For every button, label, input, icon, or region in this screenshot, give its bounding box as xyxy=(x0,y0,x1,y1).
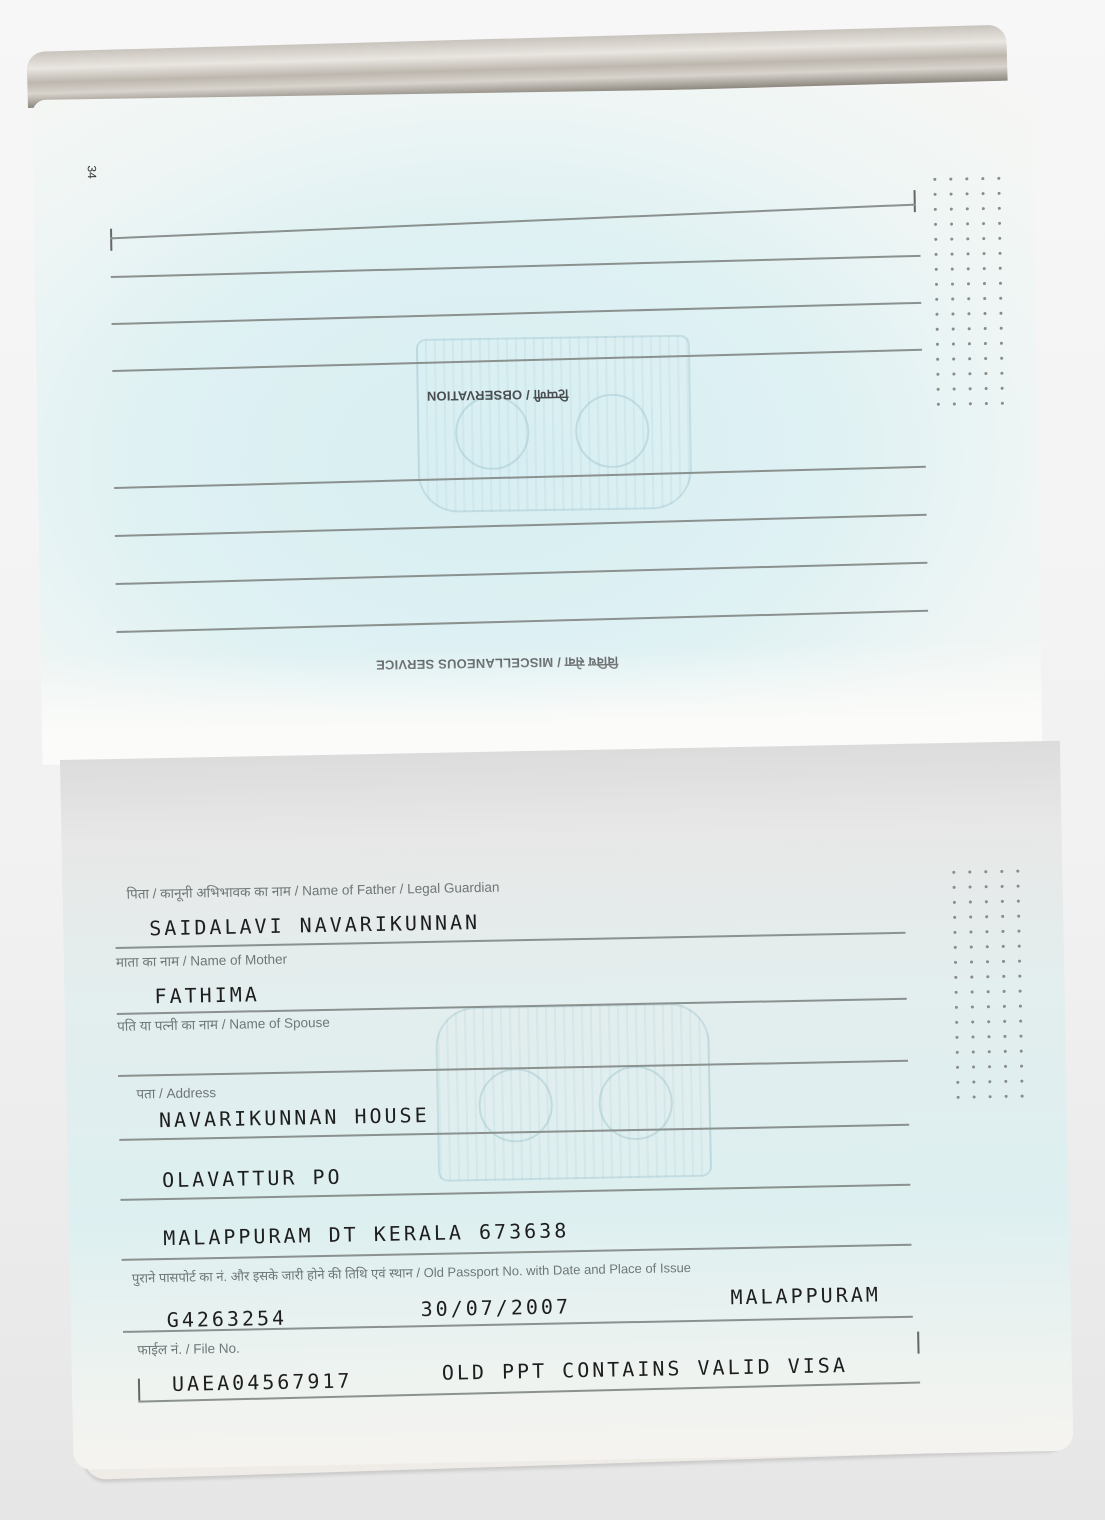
observation-page: 34 टिप्पणी / OBSERVATION विविध सेवा / MI… xyxy=(32,84,1042,765)
ruled-line xyxy=(116,610,928,633)
address-line-2: OLAVATTUR PO xyxy=(162,1165,343,1192)
father-label: पिता / कानूनी अभिभावक का नाम / Name of F… xyxy=(126,878,499,903)
address-label: पता / Address xyxy=(136,1083,216,1103)
box-corner-left xyxy=(110,229,112,251)
ruled-line xyxy=(116,562,928,585)
box-corner-right xyxy=(914,190,916,212)
page-number: 34 xyxy=(85,165,99,179)
file-no-value: UAEA04567917 xyxy=(172,1369,353,1396)
old-passport-place: MALAPPURAM xyxy=(730,1282,881,1309)
address-line-3: MALAPPURAM DT KERALA 673638 xyxy=(163,1218,569,1250)
spouse-label: पति या पत्नी का नाम / Name of Spouse xyxy=(117,1013,330,1035)
address-line-1: NAVARIKUNNAN HOUSE xyxy=(159,1103,430,1132)
particulars-page: पिता / कानूनी अभिभावक का नाम / Name of F… xyxy=(60,741,1073,1470)
emblem-watermark-icon xyxy=(435,1003,712,1182)
old-passport-label: पुराने पासपोर्ट का नं. और इसके जारी होने… xyxy=(132,1258,691,1287)
perforation-number xyxy=(952,869,1032,1098)
box-corner-left xyxy=(138,1379,140,1401)
old-passport-date: 30/07/2007 xyxy=(420,1294,571,1321)
misc-service-label: विविध सेवा / MISCELLANEOUS SERVICE xyxy=(376,653,618,675)
ruled-line xyxy=(112,302,922,325)
mother-label: माता का नाम / Name of Mother xyxy=(116,950,288,971)
file-remark: OLD PPT CONTAINS VALID VISA xyxy=(442,1353,848,1385)
mother-name: FATHIMA xyxy=(154,982,260,1008)
ruled-line xyxy=(115,514,927,537)
box-corner-right xyxy=(917,1332,919,1354)
ruled-line xyxy=(111,255,921,278)
perforation-number xyxy=(933,177,1013,406)
file-no-label: फाईल नं. / File No. xyxy=(137,1339,240,1359)
father-name: SAIDALAVI NAVARIKUNNAN xyxy=(149,910,480,940)
ruled-line xyxy=(110,204,915,240)
observation-label: टिप्पणी / OBSERVATION xyxy=(427,386,569,406)
